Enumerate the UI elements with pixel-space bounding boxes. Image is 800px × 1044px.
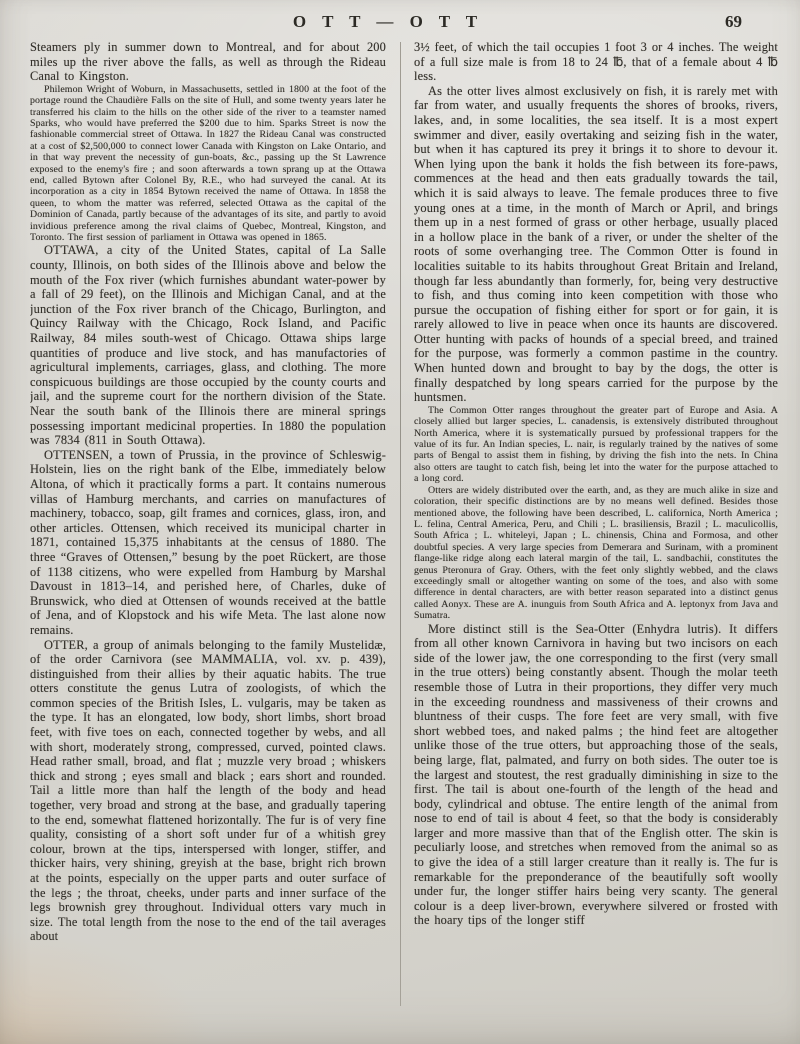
scanned-encyclopedia-page: O T T — O T T 69 Steamers ply in summer …: [0, 0, 800, 1044]
paragraph: OTTENSEN, a town of Prussia, in the prov…: [30, 448, 386, 638]
paragraph: As the otter lives almost exclusively on…: [414, 84, 778, 405]
paragraph: More distinct still is the Sea-Otter (En…: [414, 622, 778, 928]
page-number: 69: [725, 12, 742, 32]
running-head: O T T — O T T: [0, 12, 776, 32]
paragraph: Steamers ply in summer down to Montreal,…: [30, 40, 386, 84]
text-columns: Steamers ply in summer down to Montreal,…: [30, 40, 778, 1012]
page-header: O T T — O T T 69: [0, 12, 800, 36]
column-divider: [400, 42, 401, 1006]
left-column: Steamers ply in summer down to Montreal,…: [30, 40, 386, 1012]
paragraph: 3½ feet, of which the tail occupies 1 fo…: [414, 40, 778, 84]
paragraph: Philemon Wright of Woburn, in Massachuse…: [30, 84, 386, 244]
paragraph: OTTER, a group of animals belonging to t…: [30, 638, 386, 944]
paragraph: Otters are widely distributed over the e…: [414, 485, 778, 622]
paragraph: OTTAWA, a city of the United States, cap…: [30, 243, 386, 447]
right-column: 3½ feet, of which the tail occupies 1 fo…: [414, 40, 778, 1012]
paragraph: The Common Otter ranges throughout the g…: [414, 405, 778, 485]
